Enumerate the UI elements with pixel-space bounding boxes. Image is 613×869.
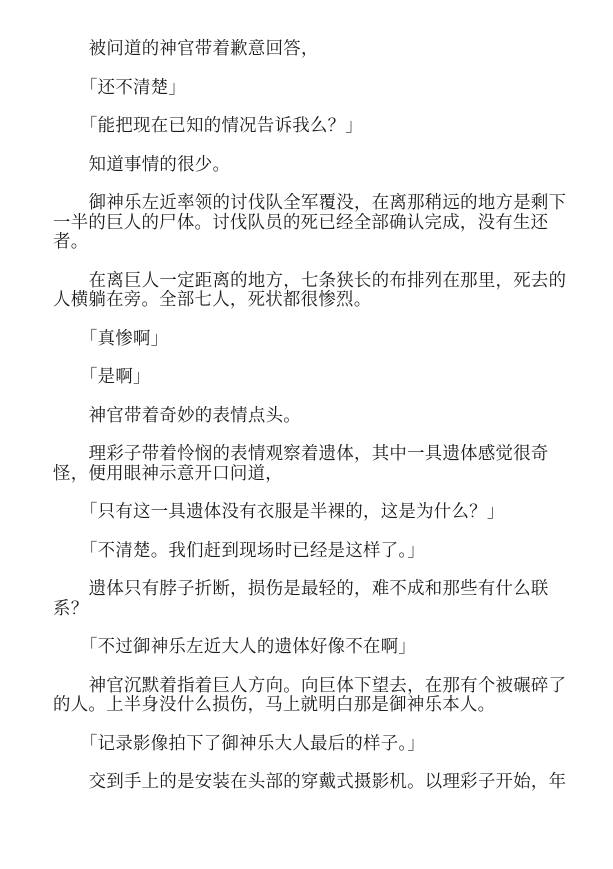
paragraph-narration: 在离巨人一定距离的地方，七条狭长的布排列在那里，死去的人横躺在旁。全部七人，死状… [53,272,573,311]
document-page: 被问道的神官带着歉意回答， 「还不清楚」 「能把现在已知的情况告诉我么？」 知道… [53,40,573,812]
paragraph-dialogue: 「是啊」 [53,368,573,388]
paragraph-dialogue: 「真惨啊」 [53,330,573,350]
paragraph-narration: 理彩子带着怜悯的表情观察着遗体，其中一具遗体感觉很奇怪，便用眼神示意开口问道， [53,445,573,484]
paragraph-narration: 遗体只有脖子折断，损伤是最轻的，难不成和那些有什么联系？ [53,580,573,619]
paragraph-dialogue: 「记录影像拍下了御神乐大人最后的样子。」 [53,735,573,755]
paragraph-dialogue: 「能把现在已知的情况告诉我么？」 [53,117,573,137]
paragraph-narration: 被问道的神官带着歉意回答， [53,40,573,60]
paragraph-narration: 交到手上的是安装在头部的穿戴式摄影机。以理彩子开始，年 [53,773,573,793]
paragraph-narration: 知道事情的很少。 [53,156,573,176]
paragraph-narration: 神官沉默着指着巨人方向。向巨体下望去，在那有个被碾碎了的人。上半身没什么损伤，马… [53,677,573,716]
paragraph-dialogue: 「还不清楚」 [53,79,573,99]
paragraph-narration: 神官带着奇妙的表情点头。 [53,407,573,427]
paragraph-dialogue: 「不清楚。我们赶到现场时已经是这样了。」 [53,542,573,562]
paragraph-dialogue: 「只有这一具遗体没有衣服是半裸的，这是为什么？」 [53,503,573,523]
paragraph-narration: 御神乐左近率领的讨伐队全军覆没，在离那稍远的地方是剩下一半的巨人的尸体。讨伐队员… [53,194,573,253]
paragraph-dialogue: 「不过御神乐左近大人的遗体好像不在啊」 [53,638,573,658]
